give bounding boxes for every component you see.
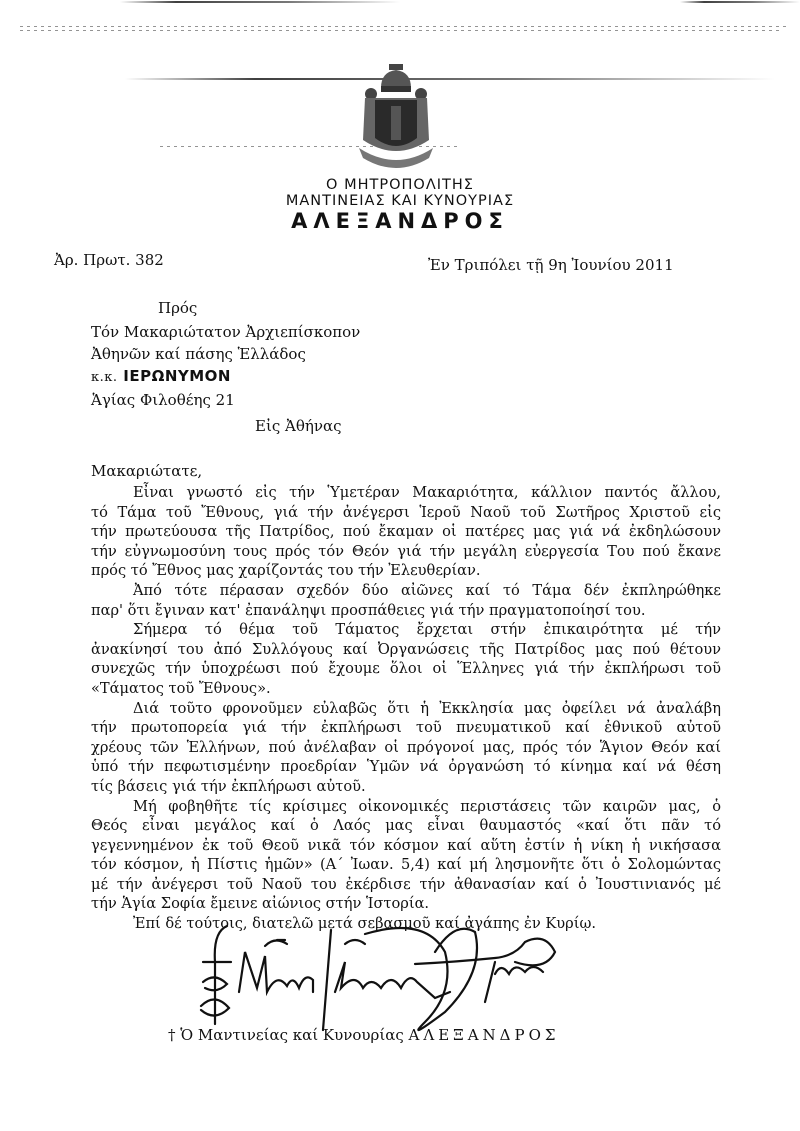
body-line: τήν πρωτεύουσα τῆς Πατρίδος, πού ἔκαμαν … (91, 522, 721, 542)
recipient-name: κ.κ. ΙΕΡΩΝΥΜΟΝ (91, 367, 231, 385)
body-line: τήν πρωτοπορεία γιά τήν ἐκπλήρωσι τοῦ πν… (91, 718, 721, 738)
signatory-title: † Ὁ Μαντινείας καί Κυνουρίας (168, 1026, 404, 1044)
body-line: Θεός εἶναι μεγάλος καί ὁ Λαός μας εἶναι … (91, 816, 721, 836)
letter-date: Ἐν Τριπόλει τῇ 9η Ἰουνίου 2011 (428, 256, 674, 274)
recipient-honorific: κ.κ. (91, 370, 118, 385)
body-line: τίς βάσεις γιά τήν ἐκπλήρωσι αὐτοῦ. (91, 777, 721, 797)
body-line: χρέους τῶν Ἑλλήνων, πού ἀνέλαβαν οἱ πρόγ… (91, 738, 721, 758)
body-line: Εἶναι γνωστό εἰς τήν Ὑμετέραν Μακαριότητ… (91, 483, 721, 503)
body-line: Ἀπό τότε πέρασαν σχεδόν δύο αἰῶνες καί τ… (91, 581, 721, 601)
salutation: Μακαριώτατε, (91, 462, 202, 480)
body-line: Μή φοβηθῆτε τίς κρίσιμες οἰκονομικές περ… (91, 797, 721, 817)
body-line: τό Τάμα τοῦ Ἔθνους, γιά τήν ἀνέγερσι Ἱερ… (91, 503, 721, 523)
body-line: παρ' ὅτι ἔγιναν κατ' ἐπανάληψι προσπάθει… (91, 601, 721, 621)
body-line: συνεχῶς τήν ὑποχρέωσι πού ἔχουμε ὅλοι οἱ… (91, 659, 721, 679)
recipient-name-text: ΙΕΡΩΝΥΜΟΝ (123, 367, 231, 385)
body-line: τήν εὐγνωμοσύνη τους πρός τόν Θεόν γιά τ… (91, 542, 721, 562)
coat-of-arms-icon (355, 62, 437, 168)
scan-artifact-dots (20, 26, 790, 27)
body-line: Διά τοῦτο φρονοῦμεν εὐλαβῶς ὅτι ἡ Ἐκκλησ… (91, 699, 721, 719)
body-line: τόν κόσμον, ἡ Πίστις ἡμῶν» (Α΄ Ἰωαν. 5,4… (91, 855, 721, 875)
signatory-name: ΑΛΕΞΑΝΔΡΟΣ (409, 1026, 560, 1044)
body-line: γεγεννημένον ἐκ τοῦ Θεοῦ νικᾶ τόν κόσμον… (91, 836, 721, 856)
letter-body: Εἶναι γνωστό εἰς τήν Ὑμετέραν Μακαριότητ… (91, 483, 721, 934)
protocol-number: Ἀρ. Πρωτ. 382 (54, 251, 164, 269)
recipient-title: Τόν Μακαριώτατον Ἀρχιεπίσκοπον (91, 323, 360, 341)
letterhead-diocese: ΜΑΝΤΙΝΕΙΑΣ ΚΑΙ ΚΥΝΟΥΡΙΑΣ (0, 193, 800, 209)
recipient-title-2: Ἀθηνῶν καί πάσης Ἑλλάδος (91, 345, 306, 363)
scan-artifact-dots (20, 30, 780, 31)
body-line: Σήμερα τό θέμα τοῦ Τάματος ἔρχεται στήν … (91, 620, 721, 640)
body-line: «Τάματος τοῦ Ἔθνους». (91, 679, 721, 699)
recipient-to: Πρός (158, 299, 197, 317)
letterhead-name: ΑΛΕΞΑΝΔΡΟΣ (0, 209, 800, 233)
recipient-street: Ἁγίας Φιλοθέης 21 (91, 391, 235, 409)
signatory: † Ὁ Μαντινείας καί Κυνουρίας ΑΛΕΞΑΝΔΡΟΣ (168, 1026, 560, 1044)
body-line: πρός τό Ἔθνος μας χαρίζοντάς του τήν Ἐλε… (91, 561, 721, 581)
body-line: μέ τήν ἀνέγερσι τοῦ Ναοῦ του ἐκέρδισε τή… (91, 875, 721, 895)
letterhead-title: Ο ΜΗΤΡΟΠΟΛΙΤΗΣ (0, 177, 800, 193)
recipient-city: Εἰς Ἀθήνας (255, 417, 342, 435)
body-line: τήν Ἁγία Σοφία ἔμεινε αἰώνιος στήν Ἱστορ… (91, 894, 721, 914)
scan-artifact-line (120, 1, 400, 3)
scan-artifact-line (125, 78, 775, 80)
body-line: ὑπό τήν πεφωτισμένην προεδρίαν Ὑμῶν νά ὀ… (91, 757, 721, 777)
scan-artifact-line (680, 1, 800, 3)
signature-icon (195, 922, 575, 1032)
body-line: ἀνακίνησί του ἀπό Συλλόγους καί Ὀργανώσε… (91, 640, 721, 660)
